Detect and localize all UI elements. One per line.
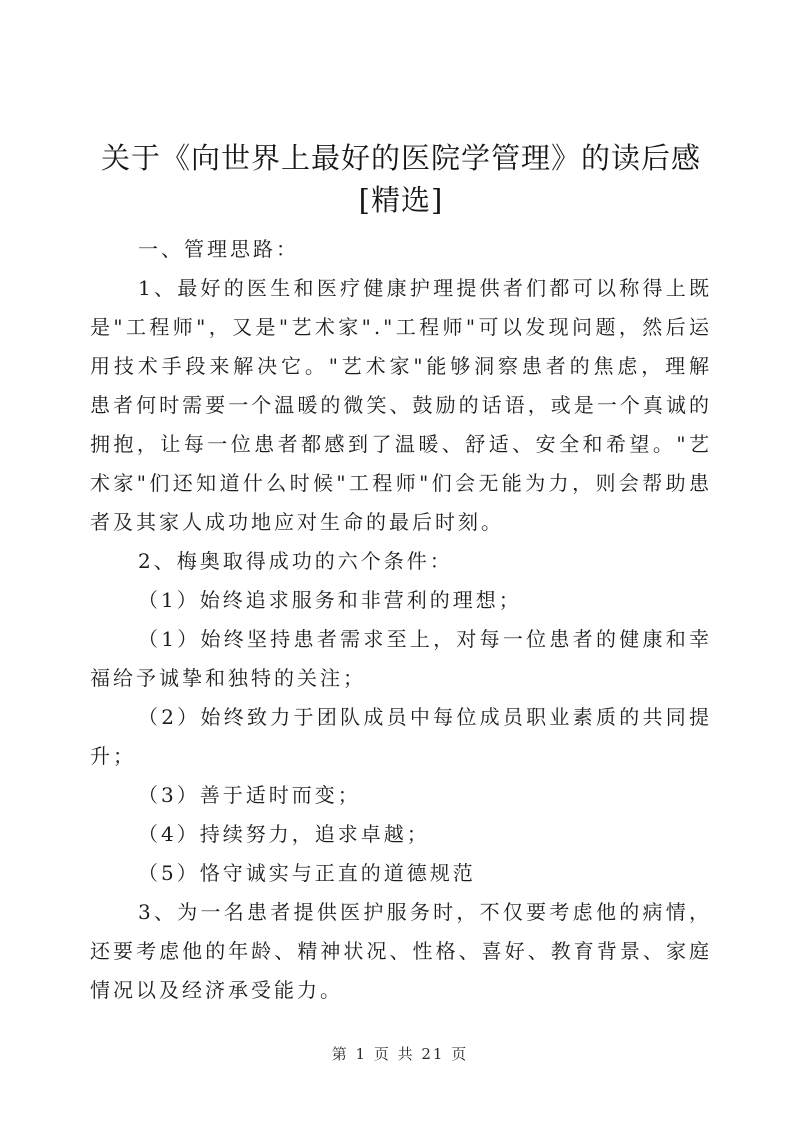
document-title-line-2: [精选] bbox=[90, 179, 712, 221]
paragraph-condition-5: （5）恪守诚实与正直的道德规范 bbox=[90, 854, 712, 893]
paragraph-point-3: 3、为一名患者提供医护服务时，不仅要考虑他的病情，还要考虑他的年龄、精神状况、性… bbox=[90, 893, 712, 1010]
document-body: 一、管理思路： 1、最好的医生和医疗健康护理提供者们都可以称得上既是"工程师"，… bbox=[90, 230, 712, 1010]
paragraph-condition-2: （2）始终致力于团队成员中每位成员职业素质的共同提升； bbox=[90, 698, 712, 776]
paragraph-condition-4: （4）持续努力，追求卓越； bbox=[90, 815, 712, 854]
page-number-label: 第 1 页 共 21 页 bbox=[332, 1045, 468, 1063]
paragraph-condition-1b: （1）始终坚持患者需求至上，对每一位患者的健康和幸福给予诚挚和独特的关注； bbox=[90, 620, 712, 698]
document-page: 关于《向世界上最好的医院学管理》的读后感 [精选] 一、管理思路： 1、最好的医… bbox=[0, 0, 800, 1131]
paragraph-point-2-heading: 2、梅奥取得成功的六个条件： bbox=[90, 542, 712, 581]
paragraph-condition-3: （3）善于适时而变； bbox=[90, 776, 712, 815]
document-title-line-1: 关于《向世界上最好的医院学管理》的读后感 bbox=[90, 137, 712, 179]
paragraph-condition-1: （1）始终追求服务和非营利的理想； bbox=[90, 581, 712, 620]
page-footer: 第 1 页 共 21 页 bbox=[0, 1040, 800, 1068]
paragraph-point-1: 1、最好的医生和医疗健康护理提供者们都可以称得上既是"工程师"，又是"艺术家".… bbox=[90, 269, 712, 542]
paragraph-management-idea-heading: 一、管理思路： bbox=[90, 230, 712, 269]
document-title: 关于《向世界上最好的医院学管理》的读后感 [精选] bbox=[90, 137, 712, 221]
